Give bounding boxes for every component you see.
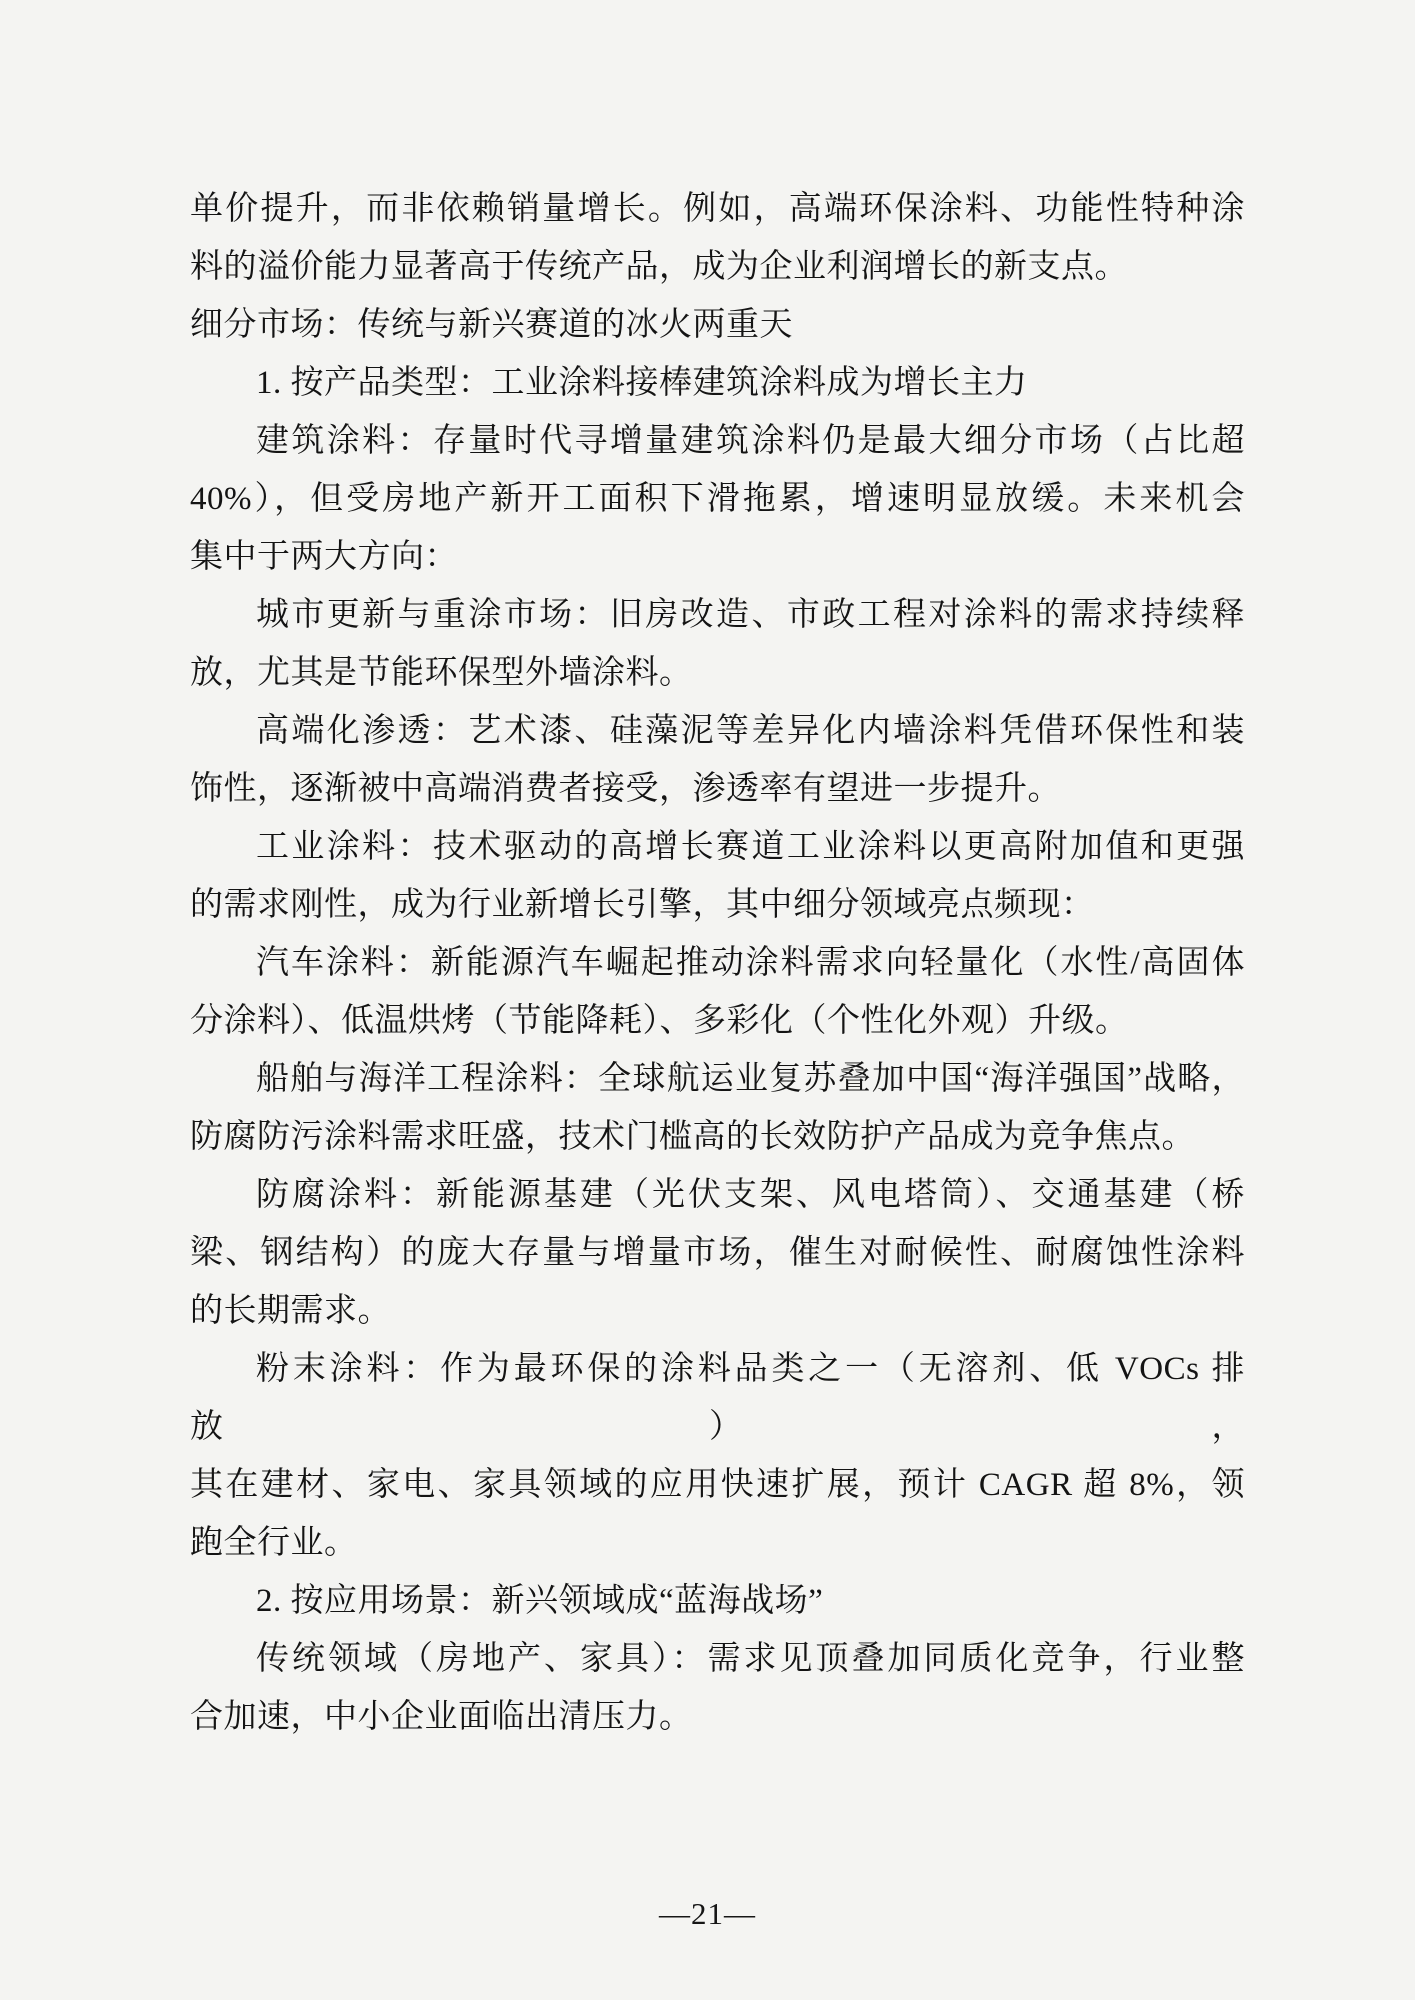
text-line: 高端化渗透：艺术漆、硅藻泥等差异化内墙涂料凭借环保性和装 — [190, 702, 1245, 760]
text-line: 汽车涂料：新能源汽车崛起推动涂料需求向轻量化（水性/高固体 — [190, 934, 1245, 992]
text-line: 梁、钢结构）的庞大存量与增量市场，催生对耐候性、耐腐蚀性涂料 — [190, 1224, 1245, 1282]
text-line: 集中于两大方向： — [190, 528, 1245, 586]
text-line: 1. 按产品类型：工业涂料接棒建筑涂料成为增长主力 — [190, 354, 1245, 412]
text-line: 合加速，中小企业面临出清压力。 — [190, 1688, 1245, 1746]
text-line: 其在建材、家电、家具领域的应用快速扩展，预计 CAGR 超 8%，领 — [190, 1456, 1245, 1514]
text-line: 跑全行业。 — [190, 1514, 1245, 1572]
text-line: 分涂料）、低温烘烤（节能降耗）、多彩化（个性化外观）升级。 — [190, 992, 1245, 1050]
text-line: 传统领域（房地产、家具）：需求见顶叠加同质化竞争，行业整 — [190, 1630, 1245, 1688]
text-line: 粉末涂料：作为最环保的涂料品类之一（无溶剂、低 VOCs 排放）， — [190, 1340, 1245, 1456]
page-number: —21— — [659, 1896, 756, 1931]
text-line: 单价提升，而非依赖销量增长。例如，高端环保涂料、功能性特种涂 — [190, 180, 1245, 238]
page-footer: —21— — [0, 1896, 1415, 1932]
document-page: 单价提升，而非依赖销量增长。例如，高端环保涂料、功能性特种涂 料的溢价能力显著高… — [0, 0, 1415, 2000]
body-text: 单价提升，而非依赖销量增长。例如，高端环保涂料、功能性特种涂 料的溢价能力显著高… — [190, 180, 1245, 1746]
text-line: 细分市场：传统与新兴赛道的冰火两重天 — [190, 296, 1245, 354]
text-line: 城市更新与重涂市场：旧房改造、市政工程对涂料的需求持续释 — [190, 586, 1245, 644]
text-line: 建筑涂料：存量时代寻增量建筑涂料仍是最大细分市场（占比超 — [190, 412, 1245, 470]
text-line: 放，尤其是节能环保型外墙涂料。 — [190, 644, 1245, 702]
text-line: 防腐防污涂料需求旺盛，技术门槛高的长效防护产品成为竞争焦点。 — [190, 1108, 1245, 1166]
text-line: 防腐涂料：新能源基建（光伏支架、风电塔筒）、交通基建（桥 — [190, 1166, 1245, 1224]
text-line: 船舶与海洋工程涂料：全球航运业复苏叠加中国“海洋强国”战略， — [190, 1050, 1245, 1108]
text-line: 料的溢价能力显著高于传统产品，成为企业利润增长的新支点。 — [190, 238, 1245, 296]
text-line: 工业涂料：技术驱动的高增长赛道工业涂料以更高附加值和更强 — [190, 818, 1245, 876]
text-line: 饰性，逐渐被中高端消费者接受，渗透率有望进一步提升。 — [190, 760, 1245, 818]
text-line: 2. 按应用场景：新兴领域成“蓝海战场” — [190, 1572, 1245, 1630]
text-line: 的需求刚性，成为行业新增长引擎，其中细分领域亮点频现： — [190, 876, 1245, 934]
text-line: 的长期需求。 — [190, 1282, 1245, 1340]
text-line: 40%），但受房地产新开工面积下滑拖累，增速明显放缓。未来机会 — [190, 470, 1245, 528]
